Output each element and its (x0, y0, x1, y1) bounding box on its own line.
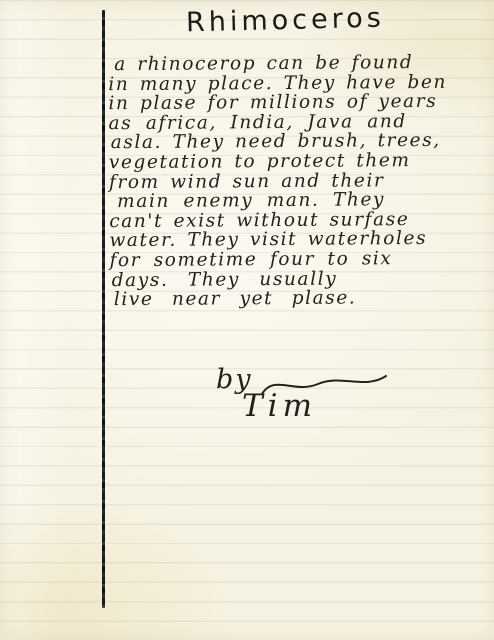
essay-line: from wind sun and their (109, 170, 448, 192)
essay-line: live near yet plase. (114, 288, 449, 310)
essay-line: vegetation to protect them (109, 151, 448, 173)
signature-name: Tim (242, 388, 317, 424)
notebook-margin-line (102, 10, 105, 608)
scanned-notebook-page: Rhimoceros a rhinocerop can be found in … (0, 0, 494, 640)
essay-body: a rhinocerop can be found in many place.… (108, 53, 448, 310)
essay-line: days. They usually (112, 268, 449, 290)
essay-line: water. They visit waterholes (109, 229, 448, 251)
essay-line: for sometime four to six (109, 249, 448, 271)
essay-title: Rhimoceros (186, 3, 385, 39)
